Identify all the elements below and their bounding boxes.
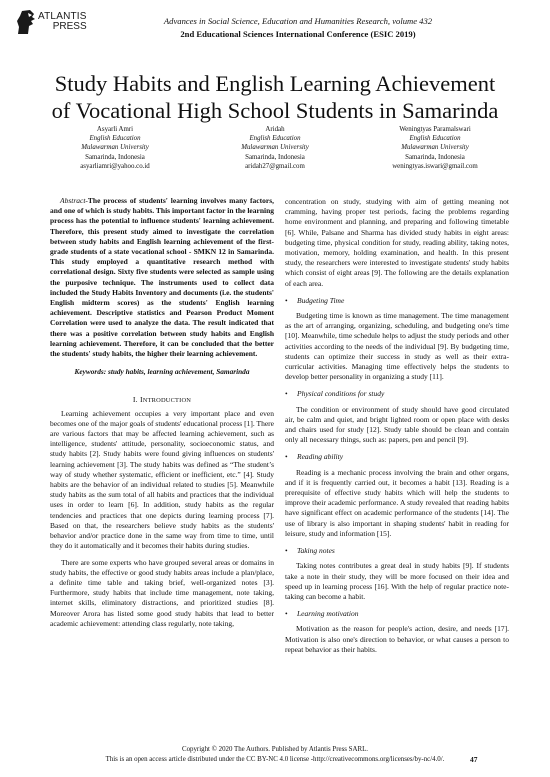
author-city: Samarinda, Indonesia — [40, 153, 190, 162]
atlantis-press-logo-icon — [16, 9, 36, 35]
right-paragraph-1: concentration on study, studying with ai… — [285, 197, 509, 289]
subsection-text-physical-conditions: The condition or environment of study sh… — [285, 405, 509, 446]
license-notice[interactable]: This is an open access article distribut… — [0, 755, 550, 765]
author-email[interactable]: asyarliamri@yahoo.co.id — [40, 162, 190, 171]
author-univ: Mulawarman University — [360, 143, 510, 152]
author-univ: Mulawarman University — [200, 143, 350, 152]
author-2: Aridah English Education Mulawarman Univ… — [200, 125, 350, 171]
series-title: Advances in Social Science, Education an… — [48, 16, 548, 26]
author-dept: English Education — [40, 134, 190, 143]
bullet-icon: • — [285, 452, 297, 462]
title-line-2: of Vocational High School Students in Sa… — [0, 97, 550, 124]
subsection-text-learning-motivation: Motivation as the reason for people's ac… — [285, 624, 509, 655]
copyright-notice: Copyright © 2020 The Authors. Published … — [0, 745, 550, 755]
bullet-icon: • — [285, 296, 297, 306]
subsection-heading-taking-notes: •Taking notes — [285, 546, 509, 556]
author-name: Aridah — [200, 125, 350, 134]
author-email[interactable]: weningtyas.iswari@gmail.com — [360, 162, 510, 171]
section-heading-introduction: I. INTRODUCTION — [50, 395, 274, 406]
bullet-icon: • — [285, 609, 297, 619]
intro-paragraph-1: Learning achievement occupies a very imp… — [50, 409, 274, 552]
author-dept: English Education — [200, 134, 350, 143]
title-line-1: Study Habits and English Learning Achiev… — [0, 70, 550, 97]
left-column: Abstract-The process of students' learni… — [50, 196, 274, 629]
abstract-label: Abstract- — [60, 196, 88, 205]
subsection-heading-reading-ability: •Reading ability — [285, 452, 509, 462]
intro-paragraph-2: There are some experts who have grouped … — [50, 558, 274, 629]
abstract: Abstract-The process of students' learni… — [50, 196, 274, 359]
abstract-text: The process of students' learning involv… — [50, 196, 274, 358]
author-name: Asyarli Amri — [40, 125, 190, 134]
author-city: Samarinda, Indonesia — [200, 153, 350, 162]
paper-title: Study Habits and English Learning Achiev… — [0, 70, 550, 124]
right-column: concentration on study, studying with ai… — [285, 197, 509, 655]
subsection-text-taking-notes: Taking notes contributes a great deal in… — [285, 561, 509, 602]
page-footer: Copyright © 2020 The Authors. Published … — [0, 745, 550, 765]
page-number: 47 — [470, 755, 478, 764]
author-dept: English Education — [360, 134, 510, 143]
conference-title: 2nd Educational Sciences International C… — [48, 29, 548, 39]
subsection-heading-physical-conditions: •Physical conditions for study — [285, 389, 509, 399]
subsection-heading-learning-motivation: •Learning motivation — [285, 609, 509, 619]
author-1: Asyarli Amri English Education Mulawarma… — [40, 125, 190, 171]
bullet-icon: • — [285, 546, 297, 556]
keywords: Keywords: study habits, learning achieve… — [50, 367, 274, 377]
author-email[interactable]: aridah27@gmail.com — [200, 162, 350, 171]
subsection-text-reading-ability: Reading is a mechanic process involving … — [285, 468, 509, 539]
author-city: Samarinda, Indonesia — [360, 153, 510, 162]
subsection-heading-budgeting-time: •Budgeting Time — [285, 296, 509, 306]
author-3: Weningtyas Paramalswari English Educatio… — [360, 125, 510, 171]
author-name: Weningtyas Paramalswari — [360, 125, 510, 134]
author-block: Asyarli Amri English Education Mulawarma… — [40, 125, 510, 171]
author-univ: Mulawarman University — [40, 143, 190, 152]
subsection-text-budgeting-time: Budgeting time is known as time manageme… — [285, 311, 509, 382]
bullet-icon: • — [285, 389, 297, 399]
